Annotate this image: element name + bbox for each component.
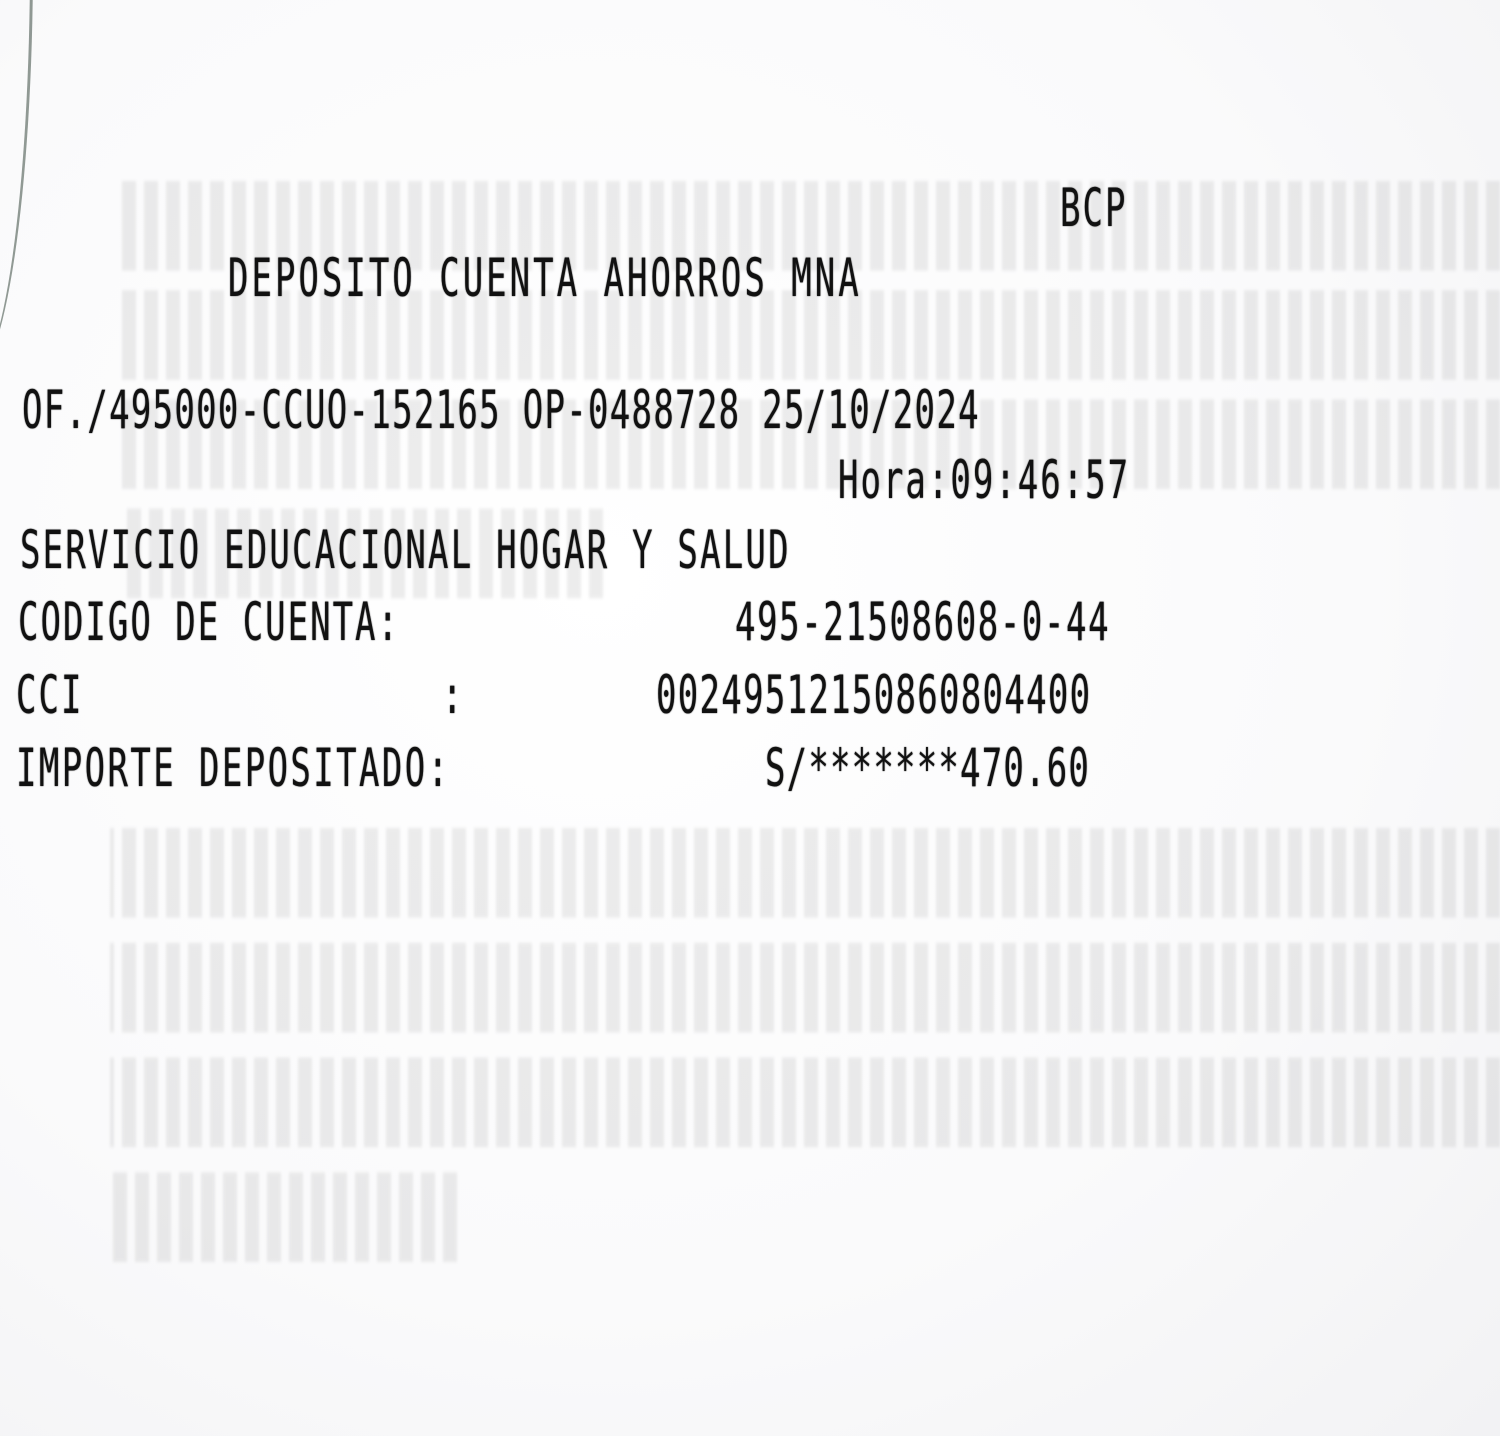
account-code-value: 495-21508608-0-44 bbox=[735, 592, 1110, 654]
transaction-title: DEPOSITO CUENTA AHORROS MNA bbox=[228, 248, 862, 310]
bleed-through-texture-lower bbox=[110, 828, 1500, 1332]
amount-label: IMPORTE DEPOSITADO: bbox=[16, 738, 451, 800]
transaction-time: Hora:09:46:57 bbox=[838, 450, 1130, 512]
cci-value: 00249512150860804400 bbox=[656, 665, 1091, 727]
bank-name: BCP bbox=[1060, 178, 1127, 240]
amount-value: S/*******470.60 bbox=[765, 738, 1090, 800]
cci-label: CCI bbox=[16, 665, 83, 727]
cci-separator: : bbox=[442, 665, 464, 727]
account-code-label: CODIGO DE CUENTA: bbox=[18, 592, 400, 654]
account-holder: SERVICIO EDUCACIONAL HOGAR Y SALUD bbox=[20, 520, 791, 582]
operation-line: OF./495000-CCUO-152165 OP-0488728 25/10/… bbox=[22, 380, 980, 442]
